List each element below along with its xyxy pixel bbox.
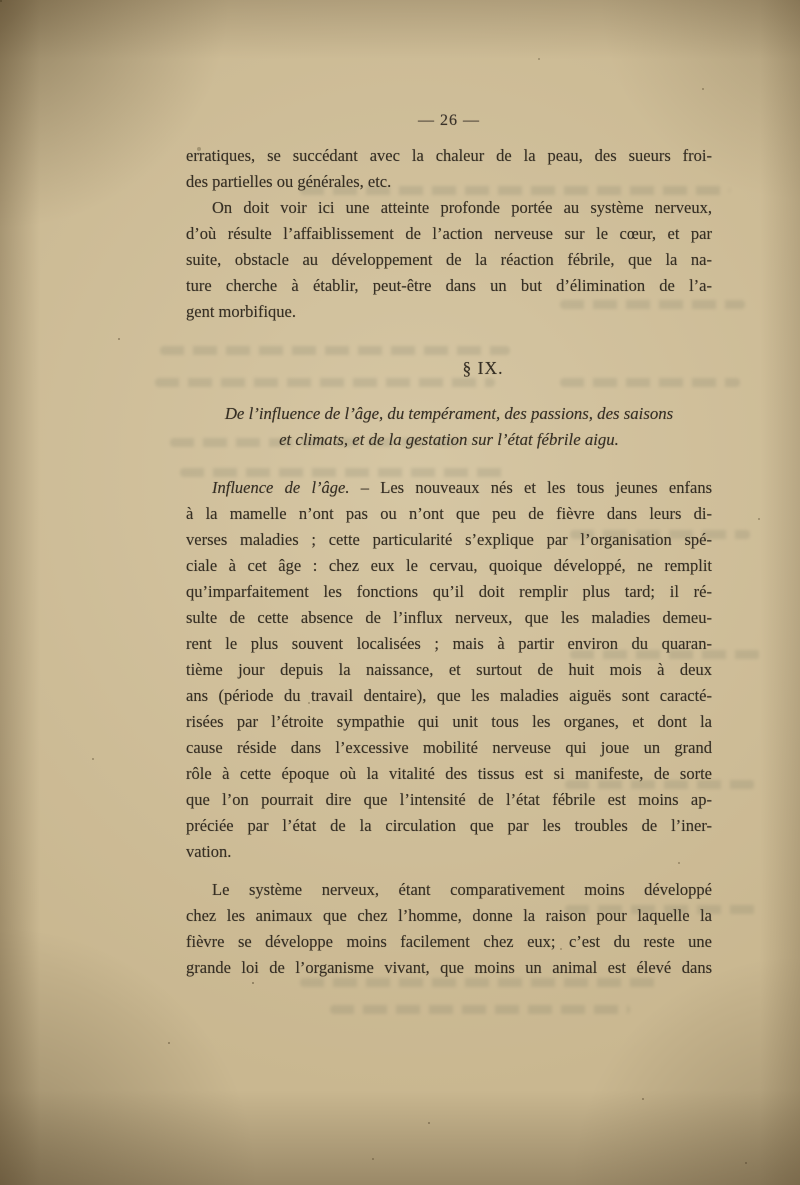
paper-speckles — [0, 0, 2, 2]
paragraph: On doit voir ici une atteinte profonde p… — [186, 195, 712, 325]
text-line: fièvre se développe moins facilement che… — [186, 929, 712, 955]
text-line: d’où résulte l’affaiblissement de l’acti… — [186, 221, 712, 247]
subsection-title: De l’influence de l’âge, du tempérament,… — [186, 401, 712, 453]
text-line: Influence de l’âge. – Les nouveaux nés e… — [186, 475, 712, 501]
text-line: rôle à cette époque où la vitalité des t… — [186, 761, 712, 787]
text-line: gent morbifique. — [186, 299, 712, 325]
text-line: suite, obstacle au développement de la r… — [186, 247, 712, 273]
text-line: qu’imparfaitement les fonctions qu’il do… — [186, 579, 712, 605]
page-number: — 26 — — [186, 112, 712, 130]
section-heading: § IX. — [220, 355, 746, 381]
text-line: Le système nerveux, étant comparativemen… — [186, 877, 712, 903]
text-line: ciale à cet âge : chez eux le cervau, qu… — [186, 553, 712, 579]
text-line: chez les animaux que chez l’homme, donne… — [186, 903, 712, 929]
text-line: vation. — [186, 839, 712, 865]
text-line: préciée par l’état de la circulation que… — [186, 813, 712, 839]
subsection-title-line: De l’influence de l’âge, du tempérament,… — [186, 401, 712, 427]
showthrough-mark — [330, 1005, 630, 1014]
text-line: à la mamelle n’ont pas ou n’ont que peu … — [186, 501, 712, 527]
paragraph: Influence de l’âge. – Les nouveaux nés e… — [186, 475, 712, 865]
text-line: erratiques, se succédant avec la chaleur… — [186, 143, 712, 169]
text-line: des partielles ou générales, etc. — [186, 169, 712, 195]
text-line: cause réside dans l’excessive mobilité n… — [186, 735, 712, 761]
book-page: — 26 — erratiques, se succédant avec la … — [0, 0, 800, 1185]
paragraph-continuation: erratiques, se succédant avec la chaleur… — [186, 143, 712, 195]
text-line: sulte de cette absence de l’influx nerve… — [186, 605, 712, 631]
text-line: grande loi de l’organisme vivant, que mo… — [186, 955, 712, 981]
text-line: rent le plus souvent localisées ; mais à… — [186, 631, 712, 657]
subsection-title-line: et climats, et de la gestation sur l’éta… — [186, 427, 712, 453]
text-line: que l’on pourrait dire que l’intensité d… — [186, 787, 712, 813]
text-line: ture cherche à établir, peut-être dans u… — [186, 273, 712, 299]
text-column: erratiques, se succédant avec la chaleur… — [186, 143, 712, 981]
text-line: ans (période du travail dentaire), que l… — [186, 683, 712, 709]
text-line: verses maladies ; cette particularité s’… — [186, 527, 712, 553]
lead-rest: – Les nouveaux nés et les tous jeunes en… — [350, 478, 713, 497]
text-line: risées par l’étroite sympathie qui unit … — [186, 709, 712, 735]
paragraph: Le système nerveux, étant comparativemen… — [186, 877, 712, 981]
text-line: On doit voir ici une atteinte profonde p… — [186, 195, 712, 221]
italic-lead: Influence de l’âge. — [212, 478, 350, 497]
text-line: tième jour depuis la naissance, et surto… — [186, 657, 712, 683]
